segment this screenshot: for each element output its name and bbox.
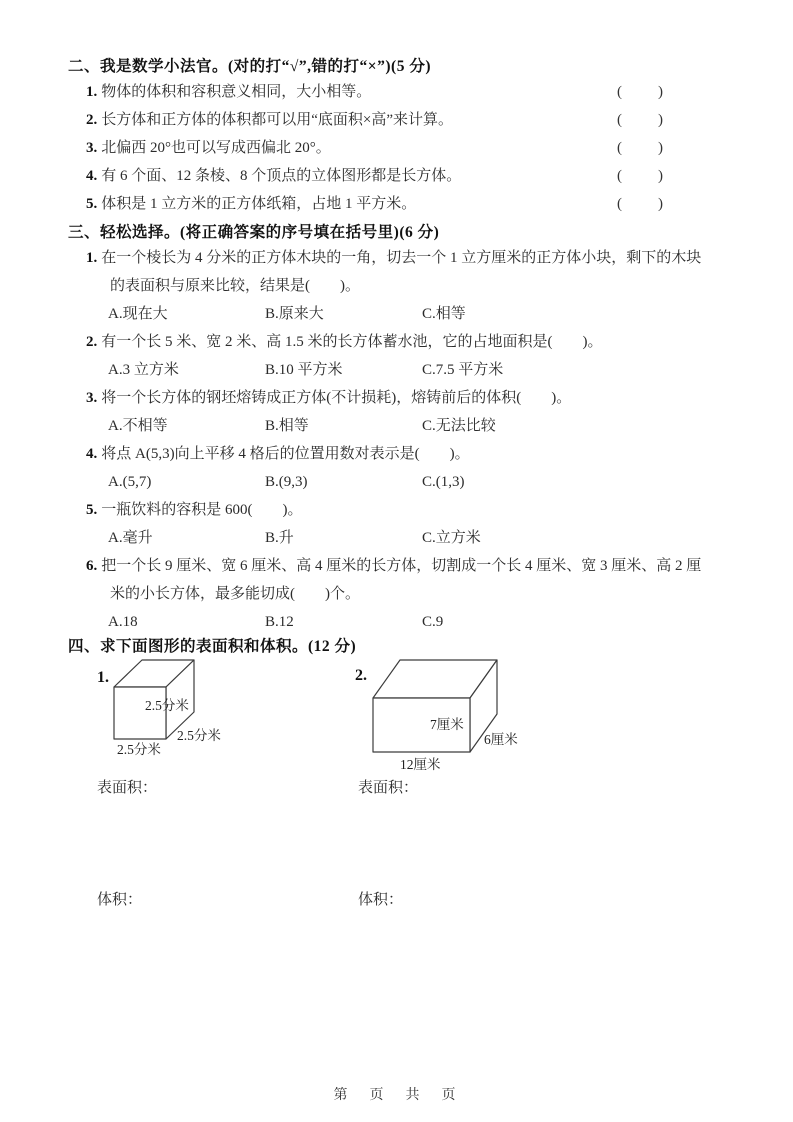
options-row: A.不相等 B.相等 C.无法比较 — [108, 412, 793, 440]
question-body: 把一个长 9 厘米、宽 6 厘米、高 4 厘米的长方体，切割成一个长 4 厘米、… — [101, 558, 701, 602]
options-row: A.毫升 B.升 C.立方米 — [108, 524, 793, 552]
tf-item-text: 3.北偏西 20°也可以写成西偏北 20°。 — [86, 134, 331, 162]
option-c: C.9 — [422, 608, 443, 636]
tf-item-5: 5.体积是 1 立方米的正方体纸箱，占地 1 平方米。 ( ) — [86, 190, 665, 218]
item-number: 5. — [86, 196, 97, 212]
cuboid-depth-label: 6厘米 — [484, 731, 518, 747]
volume-row: 体积： 体积： — [68, 888, 793, 912]
option-c: C.(1,3) — [422, 468, 465, 496]
volume-label-2: 体积： — [358, 888, 403, 912]
answer-bracket: ( ) — [617, 162, 665, 190]
choice-question-2: 2.有一个长 5 米、宽 2 米、高 1.5 米的长方体蓄水池，它的占地面积是(… — [86, 328, 793, 384]
question-number: 2. — [86, 334, 97, 350]
cube-figure: 1. 2.5分米 2.5分米 2.5分米 — [95, 658, 245, 762]
question-text: 1.在一个棱长为 4 分米的正方体木块的一角，切去一个 1 立方厘米的正方体小块… — [86, 244, 710, 300]
option-c: C.相等 — [422, 300, 466, 328]
cube-edge-label-length: 2.5分米 — [117, 741, 161, 757]
choice-question-1: 1.在一个棱长为 4 分米的正方体木块的一角，切去一个 1 立方厘米的正方体小块… — [86, 244, 793, 328]
question-number: 3. — [86, 390, 97, 406]
question-body: 将点 A(5,3)向上平移 4 格后的位置用数对表示是( )。 — [101, 446, 469, 462]
choice-question-4: 4.将点 A(5,3)向上平移 4 格后的位置用数对表示是( )。 A.(5,7… — [86, 440, 793, 496]
item-number: 4. — [86, 168, 97, 184]
cuboid-length-label: 12厘米 — [400, 756, 441, 772]
item-statement: 北偏西 20°也可以写成西偏北 20°。 — [101, 140, 331, 156]
item-statement: 长方体和正方体的体积都可以用“底面积×高”来计算。 — [101, 112, 453, 128]
cube-edge-label-height: 2.5分米 — [145, 697, 189, 713]
section-figures-title: 四、求下面图形的表面积和体积。(12 分) — [68, 636, 793, 658]
volume-label-1: 体积： — [97, 888, 142, 912]
figure2-number: 2. — [355, 667, 367, 684]
cube-edge-label-depth: 2.5分米 — [177, 727, 221, 743]
option-b: B.原来大 — [265, 300, 422, 328]
question-text: 4.将点 A(5,3)向上平移 4 格后的位置用数对表示是( )。 — [86, 440, 710, 468]
figure1-number: 1. — [97, 669, 109, 686]
answer-bracket: ( ) — [617, 190, 665, 218]
section-choice-title: 三、轻松选择。(将正确答案的序号填在括号里)(6 分) — [68, 222, 793, 244]
answer-bracket: ( ) — [617, 78, 665, 106]
figures-row: 1. 2.5分米 2.5分米 2.5分米 2. 7厘米 6厘米 12厘米 — [68, 658, 793, 770]
item-number: 2. — [86, 112, 97, 128]
option-b: B.10 平方米 — [265, 356, 422, 384]
item-number: 1. — [86, 84, 97, 100]
question-body: 将一个长方体的钢坯熔铸成正方体(不计损耗)，熔铸前后的体积( )。 — [101, 390, 571, 406]
option-a: A.不相等 — [108, 412, 265, 440]
question-text: 6.把一个长 9 厘米、宽 6 厘米、高 4 厘米的长方体，切割成一个长 4 厘… — [86, 552, 710, 608]
tf-item-text: 2.长方体和正方体的体积都可以用“底面积×高”来计算。 — [86, 106, 453, 134]
tf-item-text: 1.物体的体积和容积意义相同，大小相等。 — [86, 78, 371, 106]
item-statement: 有 6 个面、12 条棱、8 个顶点的立体图形都是长方体。 — [101, 168, 461, 184]
option-a: A.18 — [108, 608, 265, 636]
answer-bracket: ( ) — [617, 106, 665, 134]
item-statement: 体积是 1 立方米的正方体纸箱，占地 1 平方米。 — [101, 196, 416, 212]
question-body: 有一个长 5 米、宽 2 米、高 1.5 米的长方体蓄水池，它的占地面积是( )… — [101, 334, 602, 350]
cuboid-figure: 2. 7厘米 6厘米 12厘米 — [350, 658, 535, 773]
cuboid-height-label: 7厘米 — [430, 716, 464, 732]
tf-item-text: 4.有 6 个面、12 条棱、8 个顶点的立体图形都是长方体。 — [86, 162, 461, 190]
option-c: C.无法比较 — [422, 412, 496, 440]
question-number: 5. — [86, 502, 97, 518]
item-statement: 物体的体积和容积意义相同，大小相等。 — [101, 84, 371, 100]
question-number: 1. — [86, 250, 97, 266]
choice-question-3: 3.将一个长方体的钢坯熔铸成正方体(不计损耗)，熔铸前后的体积( )。 A.不相… — [86, 384, 793, 440]
tf-item-4: 4.有 6 个面、12 条棱、8 个顶点的立体图形都是长方体。 ( ) — [86, 162, 665, 190]
option-a: A.3 立方米 — [108, 356, 265, 384]
cube-front-face — [114, 687, 166, 739]
question-number: 4. — [86, 446, 97, 462]
option-a: A.毫升 — [108, 524, 265, 552]
option-b: B.相等 — [265, 412, 422, 440]
worksheet-page: 二、我是数学小法官。(对的打“√”,错的打“×”)(5 分) 1.物体的体积和容… — [68, 56, 793, 912]
section-true-false: 二、我是数学小法官。(对的打“√”,错的打“×”)(5 分) 1.物体的体积和容… — [68, 56, 793, 218]
question-text: 3.将一个长方体的钢坯熔铸成正方体(不计损耗)，熔铸前后的体积( )。 — [86, 384, 710, 412]
option-a: A.现在大 — [108, 300, 265, 328]
tf-item-3: 3.北偏西 20°也可以写成西偏北 20°。 ( ) — [86, 134, 665, 162]
option-c: C.立方米 — [422, 524, 481, 552]
option-c: C.7.5 平方米 — [422, 356, 503, 384]
options-row: A.3 立方米 B.10 平方米 C.7.5 平方米 — [108, 356, 793, 384]
question-text: 2.有一个长 5 米、宽 2 米、高 1.5 米的长方体蓄水池，它的占地面积是(… — [86, 328, 710, 356]
option-b: B.(9,3) — [265, 468, 422, 496]
surface-area-row: 表面积： 表面积： — [68, 776, 793, 800]
question-body: 在一个棱长为 4 分米的正方体木块的一角，切去一个 1 立方厘米的正方体小块，剩… — [101, 250, 701, 294]
option-b: B.12 — [265, 608, 422, 636]
page-footer: 第 页 共 页 — [0, 1084, 793, 1104]
option-b: B.升 — [265, 524, 422, 552]
surface-area-label-1: 表面积： — [97, 776, 157, 800]
options-row: A.现在大 B.原来大 C.相等 — [108, 300, 793, 328]
item-number: 3. — [86, 140, 97, 156]
options-row: A.(5,7) B.(9,3) C.(1,3) — [108, 468, 793, 496]
options-row: A.18 B.12 C.9 — [108, 608, 793, 636]
section-figures: 四、求下面图形的表面积和体积。(12 分) 1. 2.5分米 2.5分米 2.5… — [68, 636, 793, 912]
question-number: 6. — [86, 558, 97, 574]
answer-bracket: ( ) — [617, 134, 665, 162]
question-text: 5.一瓶饮料的容积是 600( )。 — [86, 496, 710, 524]
choice-question-6: 6.把一个长 9 厘米、宽 6 厘米、高 4 厘米的长方体，切割成一个长 4 厘… — [86, 552, 793, 636]
tf-item-1: 1.物体的体积和容积意义相同，大小相等。 ( ) — [86, 78, 665, 106]
surface-area-label-2: 表面积： — [358, 776, 418, 800]
tf-item-text: 5.体积是 1 立方米的正方体纸箱，占地 1 平方米。 — [86, 190, 416, 218]
section-tf-title: 二、我是数学小法官。(对的打“√”,错的打“×”)(5 分) — [68, 56, 793, 78]
section-multiple-choice: 三、轻松选择。(将正确答案的序号填在括号里)(6 分) 1.在一个棱长为 4 分… — [68, 222, 793, 636]
option-a: A.(5,7) — [108, 468, 265, 496]
choice-question-5: 5.一瓶饮料的容积是 600( )。 A.毫升 B.升 C.立方米 — [86, 496, 793, 552]
tf-item-2: 2.长方体和正方体的体积都可以用“底面积×高”来计算。 ( ) — [86, 106, 665, 134]
question-body: 一瓶饮料的容积是 600( )。 — [101, 502, 302, 518]
